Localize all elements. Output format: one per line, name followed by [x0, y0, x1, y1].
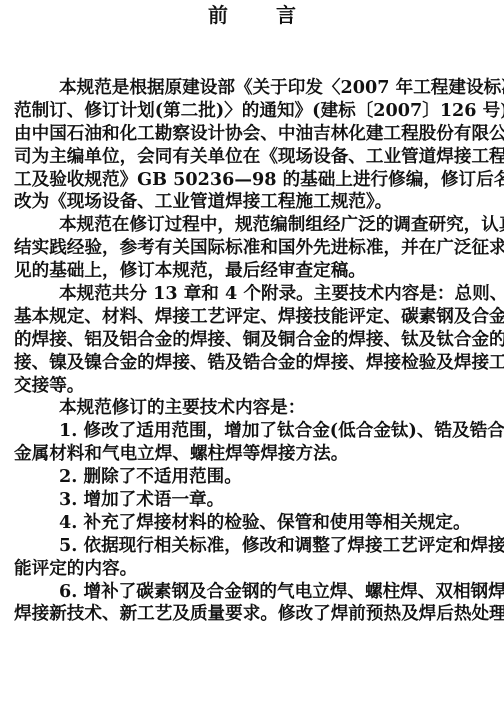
text-line: 工及验收规范》GB 50236—98 的基础上进行修编，修订后名称更	[14, 169, 496, 192]
list-item-5: 5. 依据现行相关标准，修改和调整了焊接工艺评定和焊接技	[14, 535, 496, 558]
page-title: 前言	[0, 3, 504, 27]
list-item-2: 2. 删除了不适用范围。	[14, 466, 496, 489]
text-line: 基本规定、材料、焊接工艺评定、焊接技能评定、碳素钢及合金钢	[14, 306, 496, 329]
text-line: 司为主编单位，会同有关单位在《现场设备、工业管道焊接工程施	[14, 146, 496, 169]
list-item-3: 3. 增加了术语一章。	[14, 489, 496, 512]
text-line: 金属材料和气电立焊、螺柱焊等焊接方法。	[14, 443, 496, 466]
title-char-1: 前	[208, 3, 228, 27]
text-line: 改为《现场设备、工业管道焊接工程施工规范》。	[14, 191, 496, 214]
text-line: 本规范是根据原建设部《关于印发〈2007 年工程建设标准规	[14, 77, 496, 100]
text-line: 接、镍及镍合金的焊接、锆及锆合金的焊接、焊接检验及焊接工程	[14, 352, 496, 375]
text-line: 范制订、修订计划(第二批)〉的通知》(建标〔2007〕126 号)的要求，	[14, 100, 496, 123]
text-line: 结实践经验，参考有关国际标准和国外先进标准，并在广泛征求意	[14, 237, 496, 260]
text-line: 的焊接、铝及铝合金的焊接、铜及铜合金的焊接、钛及钛合金的焊	[14, 329, 496, 352]
list-item-4: 4. 补充了焊接材料的检验、保管和使用等相关规定。	[14, 512, 496, 535]
document-page: 前言 本规范是根据原建设部《关于印发〈2007 年工程建设标准规 范制订、修订计…	[0, 0, 504, 709]
text-line: 交接等。	[14, 375, 496, 398]
text-line: 见的基础上，修订本规范，最后经审查定稿。	[14, 260, 496, 283]
text-line: 能评定的内容。	[14, 558, 496, 581]
list-item-6: 6. 增补了碳素钢及合金钢的气电立焊、螺柱焊、双相钢焊接等	[14, 581, 496, 604]
text-line: 本规范修订的主要技术内容是：	[14, 397, 496, 420]
text-line: 本规范在修订过程中，规范编制组经广泛的调查研究，认真总	[14, 214, 496, 237]
text-line: 焊接新技术、新工艺及质量要求。修改了焊前预热及焊后热处理	[14, 603, 496, 626]
body-text: 本规范是根据原建设部《关于印发〈2007 年工程建设标准规 范制订、修订计划(第…	[14, 77, 496, 626]
text-line: 本规范共分 13 章和 4 个附录。主要技术内容是：总则、术语、	[14, 283, 496, 306]
list-item-1: 1. 修改了适用范围，增加了钛合金(低合金钛)、锆及锆合金等	[14, 420, 496, 443]
text-line: 由中国石油和化工勘察设计协会、中油吉林化建工程股份有限公	[14, 123, 496, 146]
title-char-2: 言	[276, 3, 296, 27]
